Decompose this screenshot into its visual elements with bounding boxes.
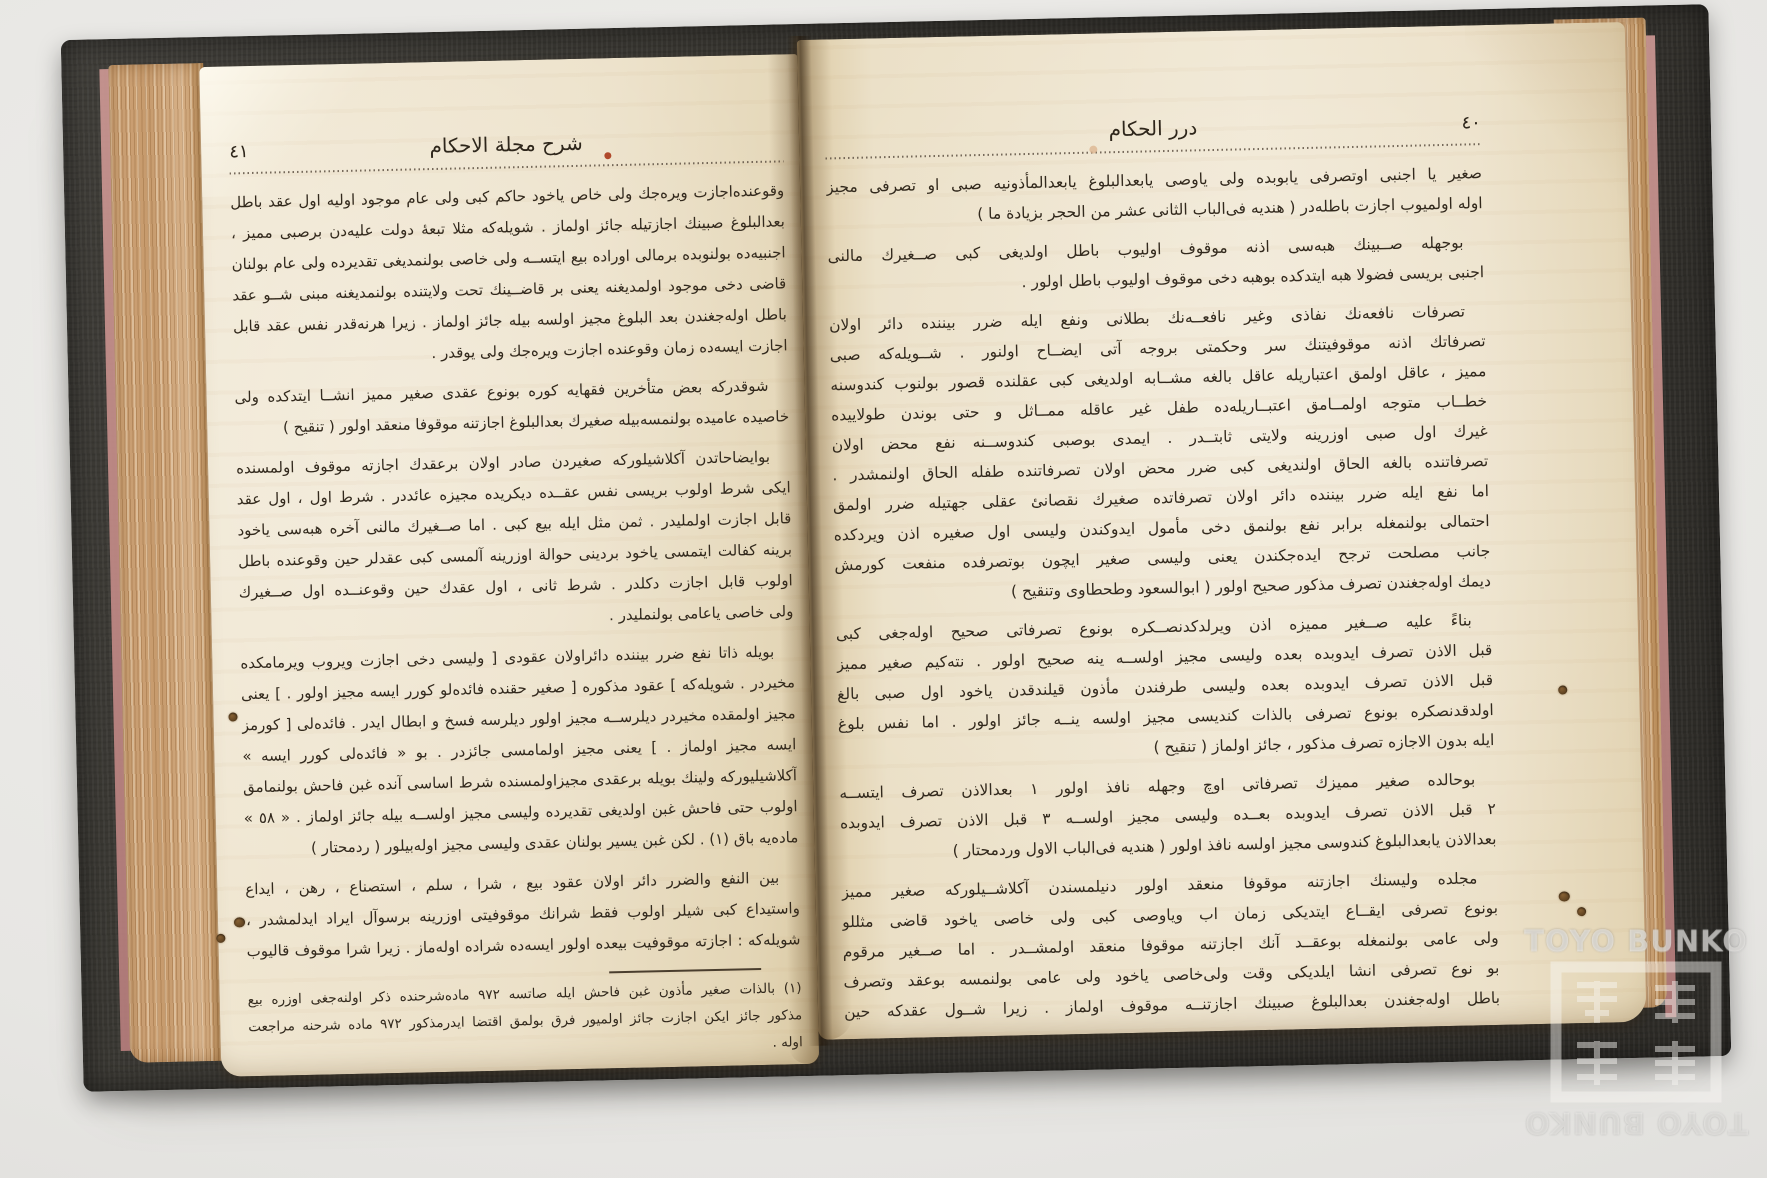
book: شرح مجلة الاحكام ٤١ وقوعنده‌اجازت ويره‌ج… — [61, 4, 1732, 1092]
watermark-text-bottom: TOYO BUNKO — [1516, 1106, 1756, 1140]
running-header-right: ٤٠ درر الحكام — [825, 109, 1482, 155]
page-number-right: ٤٠ — [1425, 112, 1481, 134]
page-number-left: ٤١ — [229, 140, 285, 162]
header-spacer — [727, 145, 783, 146]
page-right: ٤٠ درر الحكام صغير يا اجنبى اوتصرفى يابو… — [797, 22, 1647, 1040]
page-title-right: درر الحكام — [881, 110, 1425, 146]
page-title-left: شرح مجلة الاحكام — [285, 128, 727, 162]
footnote-rule — [609, 968, 761, 973]
header-spacer — [825, 141, 881, 142]
page-corner-shade — [1465, 22, 1629, 205]
photo-open-book: شرح مجلة الاحكام ٤١ وقوعنده‌اجازت ويره‌ج… — [0, 0, 1767, 1178]
page-left: شرح مجلة الاحكام ٤١ وقوعنده‌اجازت ويره‌ج… — [199, 54, 819, 1077]
body-text-right: صغير يا اجنبى اوتصرفى يابوبده ولى ياوصى … — [826, 158, 1500, 1027]
footnote-text: (١) بالذات صغير مأذون غبن فاحش ايله صاتس… — [247, 975, 803, 1068]
body-text-left: وقوعنده‌اجازت ويره‌جك ولى خاص ياخود حاكم… — [230, 175, 801, 967]
